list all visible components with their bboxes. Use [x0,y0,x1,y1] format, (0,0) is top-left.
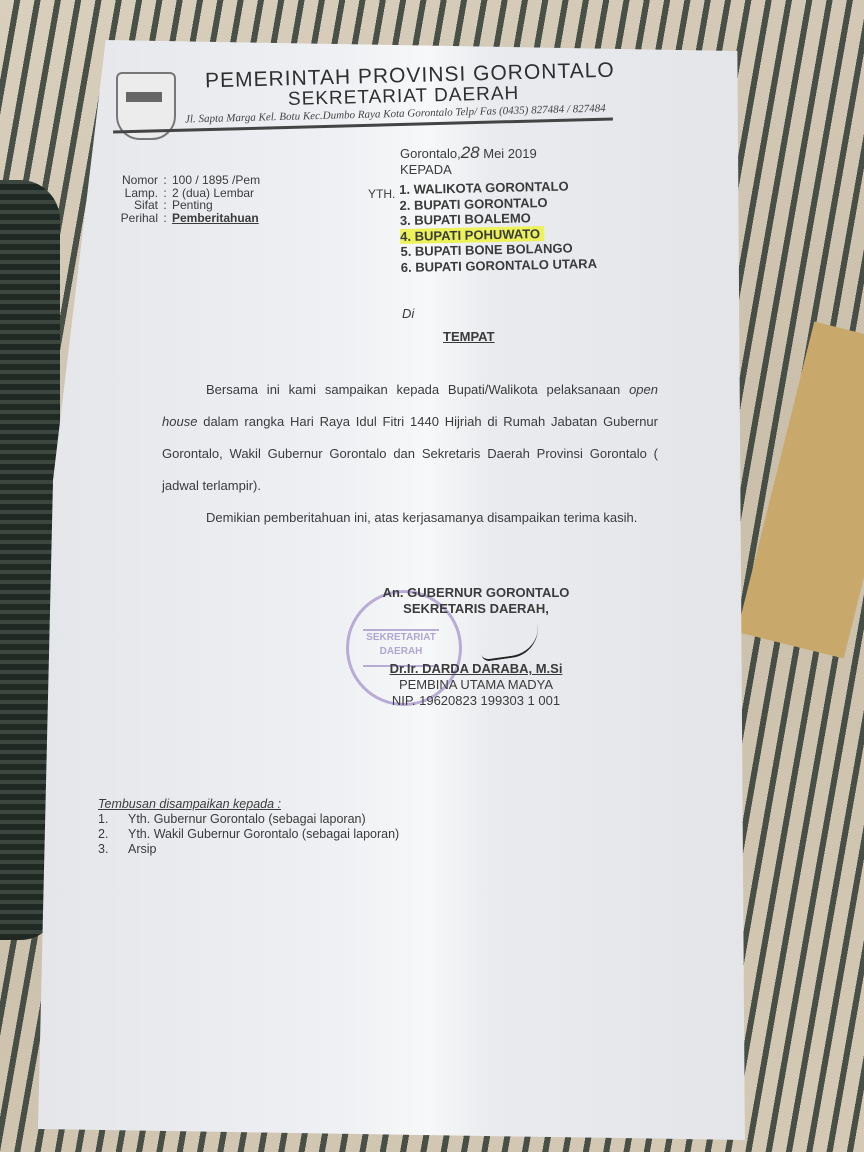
date-place: Gorontalo, [400,146,461,161]
subject-value: Pemberitahuan [172,211,259,225]
date-month-year: Mei 2019 [483,146,536,161]
cc-list: Tembusan disampaikan kepada : 1.Yth. Gub… [98,797,399,857]
meta-key: Perihal [110,212,158,225]
letter-meta: Nomor:100 / 1895 /Pem Lamp.:2 (dua) Lemb… [110,174,260,224]
meta-value: Pemberitahuan [172,212,259,225]
kepada-label: KEPADA [400,162,452,177]
meta-row: Nomor:100 / 1895 /Pem [110,174,260,187]
meta-sep: : [158,174,172,187]
cc-item: 2.Yth. Wakil Gubernur Gorontalo (sebagai… [98,827,399,842]
cc-num: 2. [98,827,128,842]
signature-line1: An. GUBERNUR GORONTALO [356,585,596,601]
letter-date: Gorontalo,28 Mei 2019 [400,143,537,163]
signature-block: An. GUBERNUR GORONTALO SEKRETARIS DAERAH… [356,585,596,709]
meta-key: Sifat [110,199,158,212]
recipient-list: 1. WALIKOTA GORONTALO 2. BUPATI GORONTAL… [399,178,597,275]
cc-item: 3.Arsip [98,842,399,857]
signatory-name: Dr.Ir. DARDA DARABA, M.Si [356,661,596,677]
meta-sep: : [158,199,172,212]
cc-text: Yth. Gubernur Gorontalo (sebagai laporan… [128,812,366,827]
letter-body: Bersama ini kami sampaikan kepada Bupati… [162,374,658,534]
meta-row: Perihal:Pemberitahuan [110,212,260,225]
body-paragraph-1: Bersama ini kami sampaikan kepada Bupati… [162,374,658,502]
tempat-label: TEMPAT [443,329,495,344]
signature-line2: SEKRETARIS DAERAH, [356,601,596,617]
yth-label: YTH. [368,187,395,201]
body-paragraph-2: Demikian pemberitahuan ini, atas kerjasa… [162,502,658,534]
body-text: dalam rangka Hari Raya Idul Fitri 1440 H… [162,414,658,493]
cc-header: Tembusan disampaikan kepada : [98,797,399,812]
letter: PEMERINTAH PROVINSI GORONTALO SEKRETARIA… [0,0,864,1152]
di-label: Di [402,306,414,321]
meta-value: 100 / 1895 /Pem [172,174,260,187]
date-day: 28 [461,143,480,162]
signatory-rank: PEMBINA UTAMA MADYA [356,677,596,693]
cc-num: 1. [98,812,128,827]
signatory-nip: NIP. 19620823 199303 1 001 [356,693,596,709]
cc-text: Arsip [128,842,156,857]
meta-key: Nomor [110,174,158,187]
meta-sep: : [158,212,172,225]
cc-num: 3. [98,842,128,857]
body-text: Bersama ini kami sampaikan kepada Bupati… [206,382,629,397]
cc-text: Yth. Wakil Gubernur Gorontalo (sebagai l… [128,827,399,842]
cc-item: 1.Yth. Gubernur Gorontalo (sebagai lapor… [98,812,399,827]
